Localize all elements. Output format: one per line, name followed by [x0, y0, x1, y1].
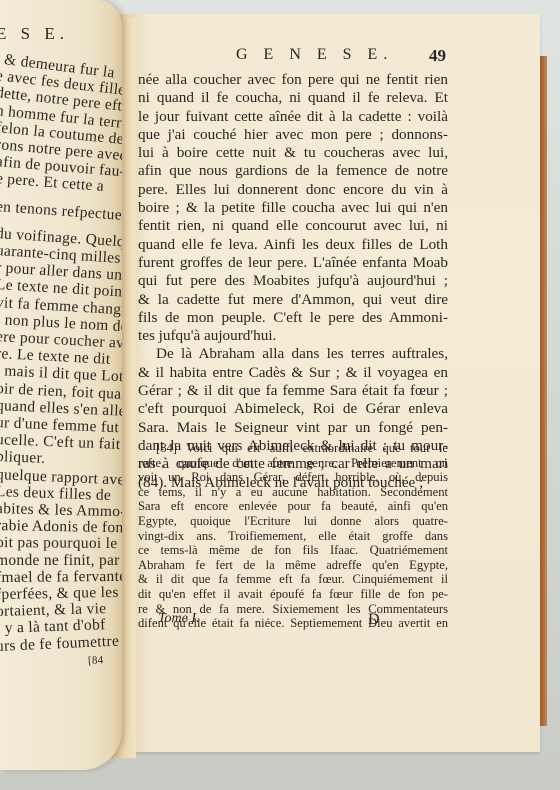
text-line: afin que nous gardions de la femence de … — [138, 162, 448, 180]
footnote-line: vingt-dix ans. Troifiemement, elle était… — [138, 529, 448, 544]
page-header: G E N E S E. 49 — [138, 46, 446, 68]
text-line: & il habita entre Cadès & Sur ; & il voy… — [138, 364, 448, 382]
text-line: née alla coucher avec fon pere qui ne fe… — [138, 71, 448, 89]
left-text-line: oit pas pourquoi le — [0, 534, 118, 553]
text-line: pere. Elles lui donnerent donc encore du… — [138, 181, 448, 199]
text-line: Sara. Mais le Seigneur vint par un fongé… — [138, 419, 448, 437]
footnote-line: refte, quoique d'un autre genre. Premier… — [138, 456, 448, 471]
left-text-line: pliquer. — [0, 448, 46, 468]
book-cover-edge — [540, 56, 547, 726]
text-line: Gérar ; & il dit que fa femme Sara était… — [138, 382, 448, 400]
footnote-line: Abraham fe fert de la même adreffe qu'en… — [138, 558, 448, 573]
page-signature: Tome I. D — [158, 611, 418, 631]
text-line: boire ; & la petite fille coucha avec lu… — [138, 199, 448, 217]
text-line: qui fut pere des Moabites jufqu'à aujour… — [138, 272, 448, 290]
text-line: furent groffes de leur pere. L'aînée enf… — [138, 254, 448, 272]
footnote-line: Egypte, quoique l'Ecriture lui donne alo… — [138, 514, 448, 529]
text-line: De là Abraham alla dans les terres auftr… — [138, 345, 448, 363]
text-line: lui à boire cette nuit & tu coucheras av… — [138, 144, 448, 162]
left-text-line: monde ne finit, par — [0, 552, 120, 570]
footnote-line: & il dit que fa femme eft fa fœur. Cinqu… — [138, 572, 448, 587]
left-text-line: en tenons refpectue — [0, 198, 122, 225]
left-running-title: E S E. — [0, 24, 69, 44]
text-line: fentit rien, ni quand elle concourut ave… — [138, 217, 448, 235]
volume-label: Tome I. — [158, 611, 200, 627]
text-line: ni quand il fe coucha, ni quand il fe re… — [138, 89, 448, 107]
text-line: quand elle fe leva. Ainfi les deux fille… — [138, 236, 448, 254]
text-line: que j'ai couché hier avec mon pere ; don… — [138, 126, 448, 144]
footnote-line: dit qu'en effet il avait époufé fa fœur … — [138, 587, 448, 602]
left-page: E S E., & demeura fur lae avec fes deux … — [0, 0, 122, 770]
text-line: & la cadette fut mere d'Ammon, qui veut … — [138, 291, 448, 309]
footnote-line: ce tems, il n'y a eu aucune habitation. … — [138, 485, 448, 500]
footnote-line: [84] Voici qui eft auffi extraordinaire … — [138, 441, 448, 456]
main-text-block: née alla coucher avec fon pere qui ne fe… — [138, 71, 448, 492]
footnote-line: Sara eft encore enlevée pour fa beauté, … — [138, 499, 448, 514]
footnote-84: [84] Voici qui eft auffi extraordinaire … — [138, 441, 448, 631]
text-line: c'eft pourquoi Abimeleck, Roi de Gérar e… — [138, 400, 448, 418]
text-line: le jour fuivant cette aînée dit à la cad… — [138, 108, 448, 126]
text-line: tes jufqu'à aujourd'hui. — [138, 327, 448, 345]
page-number: 49 — [429, 46, 446, 66]
running-title: G E N E S E. — [236, 46, 393, 64]
text-line: fils de mon peuple. C'eft le pere des Am… — [138, 309, 448, 327]
gathering-mark: D — [368, 611, 380, 629]
footnote-line: voit un Roi dans Gérar, défert horrible,… — [138, 470, 448, 485]
footnote-line: ce tems-là même de fon fils Ifaac. Quatr… — [138, 543, 448, 558]
left-text-line: [84 — [88, 654, 104, 667]
